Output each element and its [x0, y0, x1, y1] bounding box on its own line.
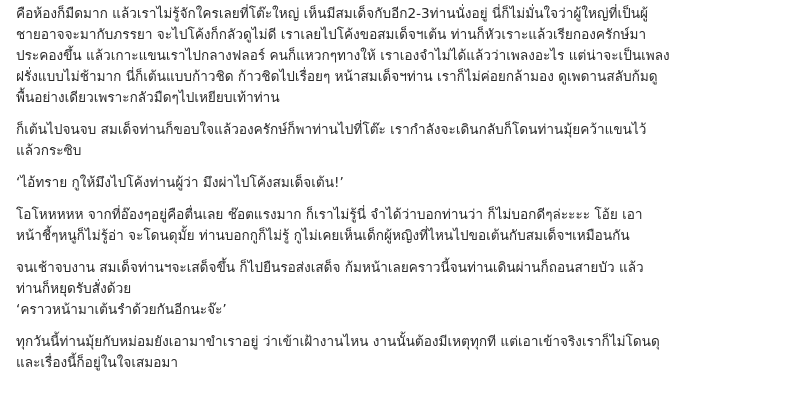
quote-line: ‘คราวหน้ามาเต้นรำด้วยกันอีกนะจ๊ะ’: [16, 300, 784, 321]
text-line: ชายอาจจะมากับภรรยา จะไปโค้งก็กลัวดูไม่ดี…: [16, 25, 784, 46]
text-line: ก็เต้นไปจนจบ สมเด็จท่านก็ขอบใจแล้วองครัก…: [16, 120, 784, 141]
paragraph-1: คือห้องก็มืดมาก แล้วเราไม่รู้จักใครเลยที…: [16, 4, 784, 109]
document-body: คือห้องก็มืดมาก แล้วเราไม่รู้จักใครเลยที…: [0, 0, 784, 374]
paragraph-spacer: [16, 109, 784, 120]
paragraph-4: จนเช้าจบงาน สมเด็จท่านฯจะเสด็จขึ้น ก็ไปย…: [16, 258, 784, 321]
text-line: ทุกวันนี้ท่านมุ้ยกับหม่อมยังเอามาขำเราอย…: [16, 332, 784, 353]
text-line: หน้าชี้ๆหนูก็ไม่รู้อ่า จะโดนดุมั้ย ท่านบ…: [16, 226, 784, 247]
text-line: และเรื่องนี้ก็อยู่ในใจเสมอมา: [16, 353, 784, 374]
paragraph-2: ก็เต้นไปจนจบ สมเด็จท่านก็ขอบใจแล้วองครัก…: [16, 120, 784, 162]
paragraph-quote-1: ‘ไอ้ทราย กูให้มึงไปโค้งท่านผู้ว่า มึงผ่า…: [16, 173, 784, 194]
text-line: แล้วกระซิบ: [16, 141, 784, 162]
paragraph-spacer: [16, 194, 784, 205]
text-line: ประคองขึ้น แล้วเกาะแขนเราไปกลางฟลอร์ คนก…: [16, 46, 784, 67]
paragraph-spacer: [16, 247, 784, 258]
text-line: จนเช้าจบงาน สมเด็จท่านฯจะเสด็จขึ้น ก็ไปย…: [16, 258, 784, 279]
text-line: ท่านก็หยุดรับสั่งด้วย: [16, 279, 784, 300]
text-line: โอโหหหหห จากที่อ๊องๆอยู่คือตื่นเลย ช๊อตแ…: [16, 205, 784, 226]
text-line: คือห้องก็มืดมาก แล้วเราไม่รู้จักใครเลยที…: [16, 4, 784, 25]
paragraph-spacer: [16, 321, 784, 332]
text-line: ฝรั่งแบบไม่ช้ามาก นี่ก็เต้นแบบก้าวชิด ก้…: [16, 67, 784, 88]
quote-line: ‘ไอ้ทราย กูให้มึงไปโค้งท่านผู้ว่า มึงผ่า…: [16, 173, 784, 194]
paragraph-5: ทุกวันนี้ท่านมุ้ยกับหม่อมยังเอามาขำเราอย…: [16, 332, 784, 374]
paragraph-3: โอโหหหหห จากที่อ๊องๆอยู่คือตื่นเลย ช๊อตแ…: [16, 205, 784, 247]
text-line: พื้นอย่างเดียวเพราะกลัวมืดๆไปเหยียบเท้าท…: [16, 88, 784, 109]
paragraph-spacer: [16, 162, 784, 173]
